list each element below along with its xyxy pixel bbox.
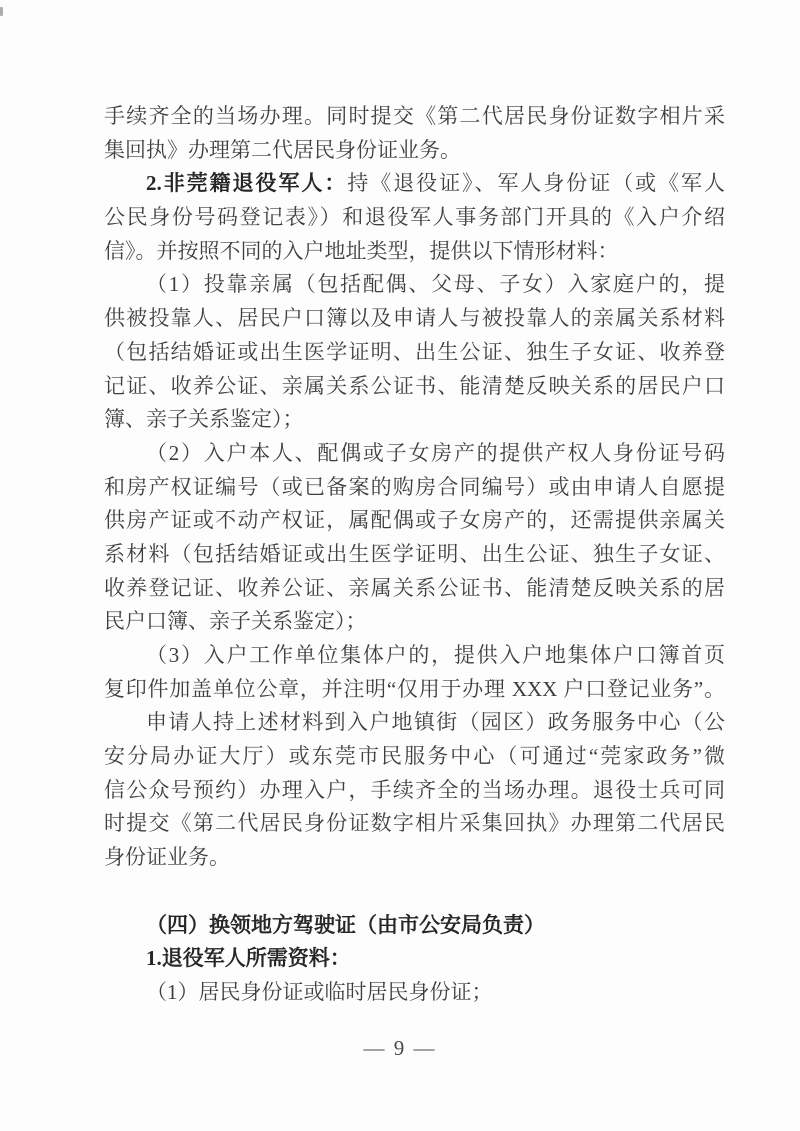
text-line: 和房产权证编号（或已备案的购房合同编号）或由申请人自愿提	[104, 471, 725, 505]
text-line: 身份证业务。	[104, 841, 725, 875]
text-line: 系材料（包括结婚证或出生医学证明、出生公证、独生子女证、	[104, 538, 725, 572]
text-line: 复印件加盖单位公章，并注明“仅用于办理 XXX 户口登记业务”。	[104, 673, 725, 707]
text-line: 申请人持上述材料到入户地镇街（园区）政务服务中心（公	[104, 706, 725, 740]
scan-artifact	[0, 7, 3, 16]
text-line: （1）居民身份证或临时居民身份证；	[104, 976, 725, 1010]
text-line: （2）入户本人、配偶或子女房产的提供产权人身份证号码	[104, 437, 725, 471]
text-line: 供房产证或不动产权证，属配偶或子女房产的，还需提供亲属关	[104, 504, 725, 538]
text-line: 信公众号预约）办理入户，手续齐全的当场办理。退役士兵可同	[104, 774, 725, 808]
text-line: 簿、亲子关系鉴定）；	[104, 403, 725, 437]
document-page: 手续齐全的当场办理。同时提交《第二代居民身份证数字相片采集回执》办理第二代居民身…	[0, 0, 800, 1131]
text-line: 1.退役军人所需资料：	[104, 942, 725, 976]
document-body: 手续齐全的当场办理。同时提交《第二代居民身份证数字相片采集回执》办理第二代居民身…	[104, 100, 725, 1010]
text-line: 民户口簿、亲子关系鉴定）；	[104, 605, 725, 639]
text-line: 记证、收养公证、亲属关系公证书、能清楚反映关系的居民户口	[104, 370, 725, 404]
text-line: （3）入户工作单位集体户的，提供入户地集体户口簿首页	[104, 639, 725, 673]
text-line: 信》。并按照不同的入户地址类型，提供以下情形材料：	[104, 235, 725, 269]
text-line: 2.非莞籍退役军人：持《退役证》、军人身份证（或《军人	[104, 167, 725, 201]
page-number: — 9 —	[0, 1035, 800, 1061]
text-line: 集回执》办理第二代居民身份证业务。	[104, 134, 725, 168]
text-line: （四）换领地方驾驶证（由市公安局负责）	[104, 909, 725, 943]
bold-lead-in: 2.非莞籍退役军人：	[146, 171, 347, 195]
text-line: 安分局办证大厅）或东莞市民服务中心（可通过“莞家政务”微	[104, 740, 725, 774]
text-line: （包括结婚证或出生医学证明、出生公证、独生子女证、收养登	[104, 336, 725, 370]
text-line: 供被投靠人、居民户口簿以及申请人与被投靠人的亲属关系材料	[104, 302, 725, 336]
text-line: 时提交《第二代居民身份证数字相片采集回执》办理第二代居民	[104, 807, 725, 841]
blank-line	[104, 875, 725, 909]
text-line: 公民身份号码登记表》）和退役军人事务部门开具的《入户介绍	[104, 201, 725, 235]
text-line: 收养登记证、收养公证、亲属关系公证书、能清楚反映关系的居	[104, 572, 725, 606]
text-line: 手续齐全的当场办理。同时提交《第二代居民身份证数字相片采	[104, 100, 725, 134]
text-line: （1）投靠亲属（包括配偶、父母、子女）入家庭户的，提	[104, 268, 725, 302]
